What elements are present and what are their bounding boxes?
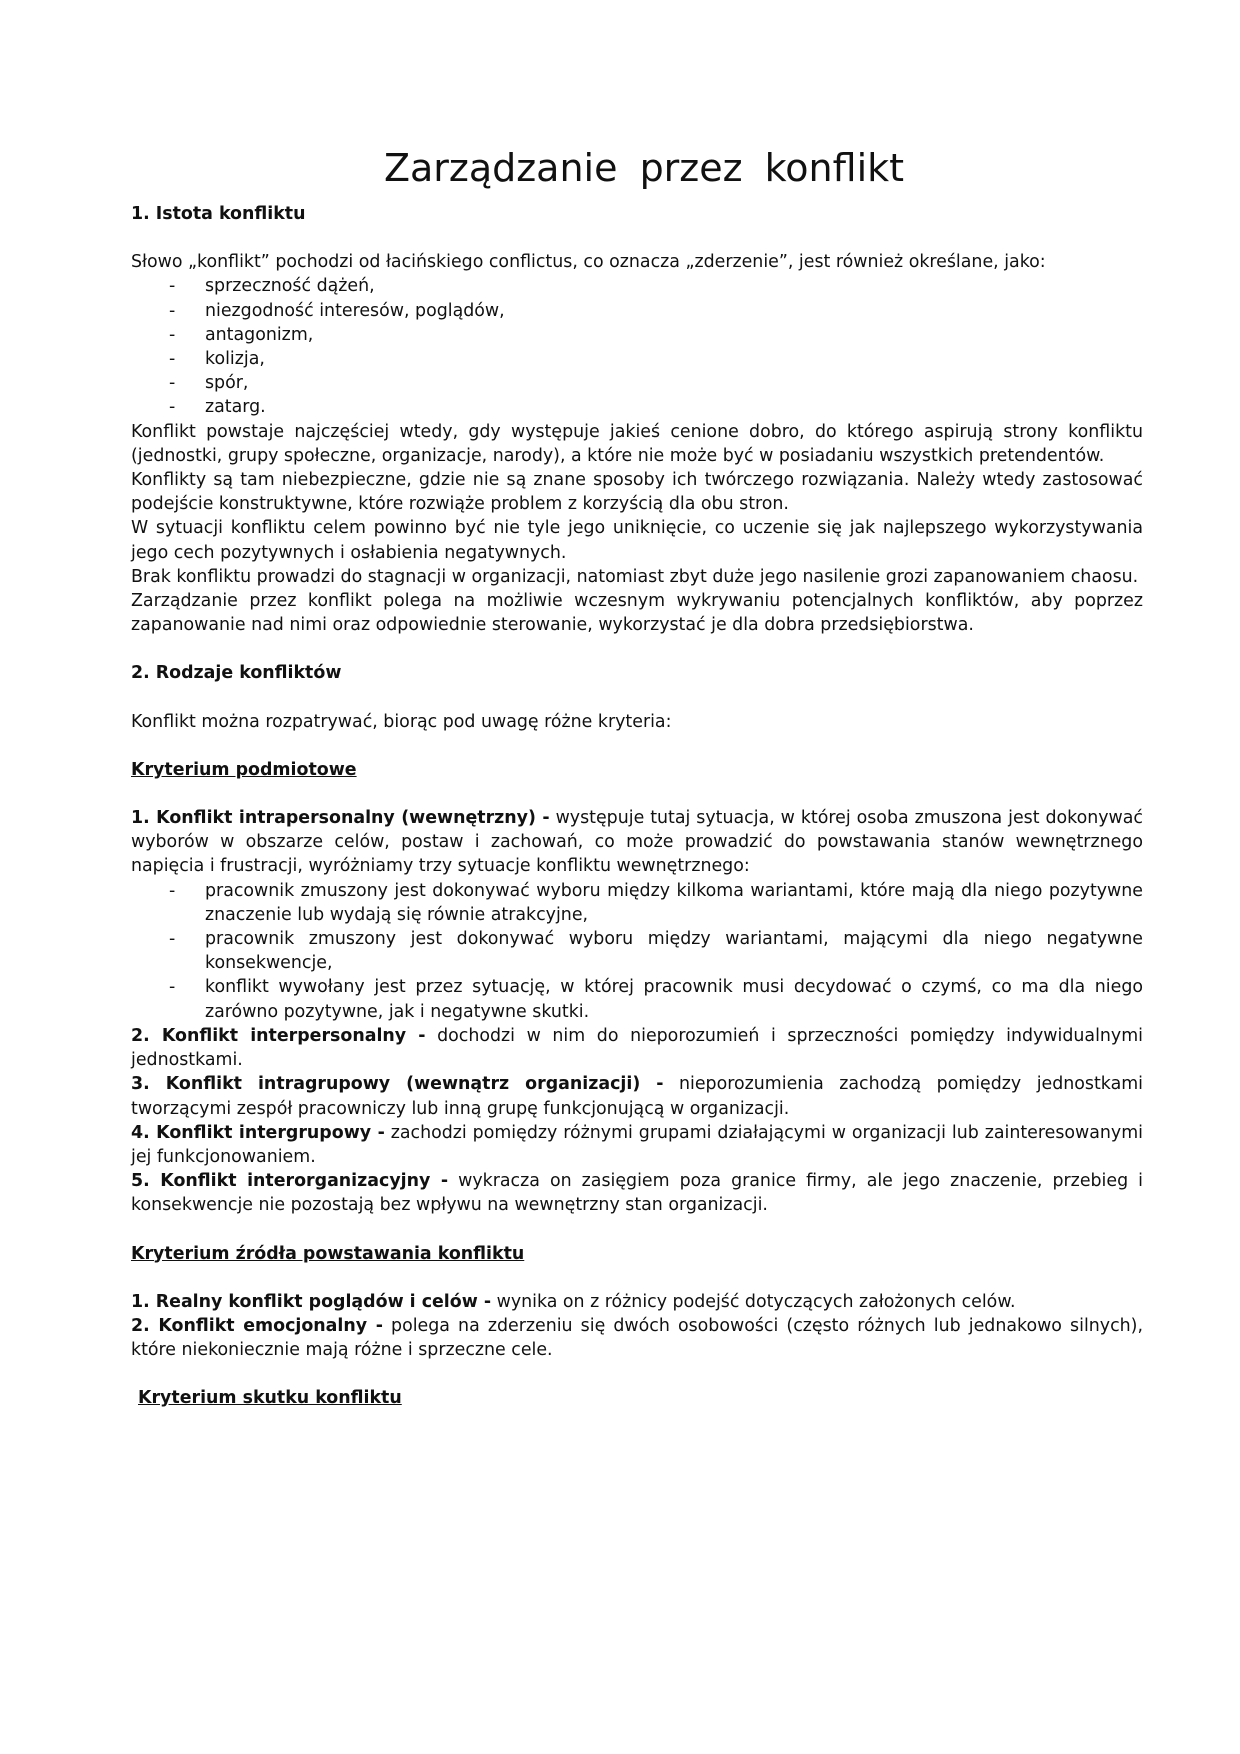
conflict-term: 2. Konflikt emocjonalny -: [131, 1316, 383, 1336]
conflict-type-item: 2. Konflikt emocjonalny - polega na zder…: [131, 1314, 1143, 1362]
conflict-term: 4. Konflikt intergrupowy -: [131, 1123, 385, 1143]
intrapersonal-situations-list: pracownik zmuszony jest dokonywać wyboru…: [131, 879, 1143, 1024]
paragraph: Zarządzanie przez konflikt polega na moż…: [131, 589, 1143, 637]
list-item: spór,: [131, 371, 1143, 395]
list-item: kolizja,: [131, 347, 1143, 371]
conflict-type-item: 4. Konflikt intergrupowy - zachodzi pomi…: [131, 1121, 1143, 1169]
list-item: antagonizm,: [131, 323, 1143, 347]
criteria-intro: Konflikt można rozpatrywać, biorąc pod u…: [131, 710, 1143, 734]
criterion-heading-effect: Kryterium skutku konfliktu: [131, 1386, 1143, 1410]
conflict-term: 5. Konflikt interorganizacyjny -: [131, 1171, 448, 1191]
criterion-heading-subject: Kryterium podmiotowe: [131, 758, 1143, 782]
synonyms-list: sprzeczność dążeń, niezgodność interesów…: [131, 274, 1143, 419]
conflict-description: wynika on z różnicy podejść dotyczących …: [491, 1292, 1015, 1312]
conflict-term: 1. Konflikt intrapersonalny (wewnętrzny)…: [131, 808, 550, 828]
list-item: niezgodność interesów, poglądów,: [131, 299, 1143, 323]
intro-paragraph: Słowo „konflikt” pochodzi od łacińskiego…: [131, 250, 1143, 274]
document-title: Zarządzanie przez konflikt: [131, 140, 1143, 196]
paragraph: W sytuacji konfliktu celem powinno być n…: [131, 516, 1143, 564]
conflict-type-item: 5. Konflikt interorganizacyjny - wykracz…: [131, 1169, 1143, 1217]
list-item: zatarg.: [131, 395, 1143, 419]
paragraph: Konflikt powstaje najczęściej wtedy, gdy…: [131, 420, 1143, 468]
list-item: konflikt wywołany jest przez sytuację, w…: [131, 975, 1143, 1023]
paragraph: Brak konfliktu prowadzi do stagnacji w o…: [131, 565, 1143, 589]
paragraph: Konflikty są tam niebezpieczne, gdzie ni…: [131, 468, 1143, 516]
conflict-type-item: 1. Konflikt intrapersonalny (wewnętrzny)…: [131, 806, 1143, 879]
conflict-type-item: 3. Konflikt intragrupowy (wewnątrz organ…: [131, 1072, 1143, 1120]
conflict-term: 3. Konflikt intragrupowy (wewnątrz organ…: [131, 1074, 664, 1094]
conflict-type-item: 2. Konflikt interpersonalny - dochodzi w…: [131, 1024, 1143, 1072]
list-item: sprzeczność dążeń,: [131, 274, 1143, 298]
conflict-term: 2. Konflikt interpersonalny -: [131, 1026, 425, 1046]
conflict-type-item: 1. Realny konflikt poglądów i celów - wy…: [131, 1290, 1143, 1314]
section-heading-istota: 1. Istota konfliktu: [131, 202, 1143, 226]
document-page: Zarządzanie przez konflikt 1. Istota kon…: [131, 140, 1143, 1435]
criterion-heading-source: Kryterium źródła powstawania konfliktu: [131, 1242, 1143, 1266]
conflict-term: 1. Realny konflikt poglądów i celów -: [131, 1292, 491, 1312]
section-heading-rodzaje: 2. Rodzaje konfliktów: [131, 661, 1143, 685]
list-item: pracownik zmuszony jest dokonywać wyboru…: [131, 879, 1143, 927]
list-item: pracownik zmuszony jest dokonywać wyboru…: [131, 927, 1143, 975]
